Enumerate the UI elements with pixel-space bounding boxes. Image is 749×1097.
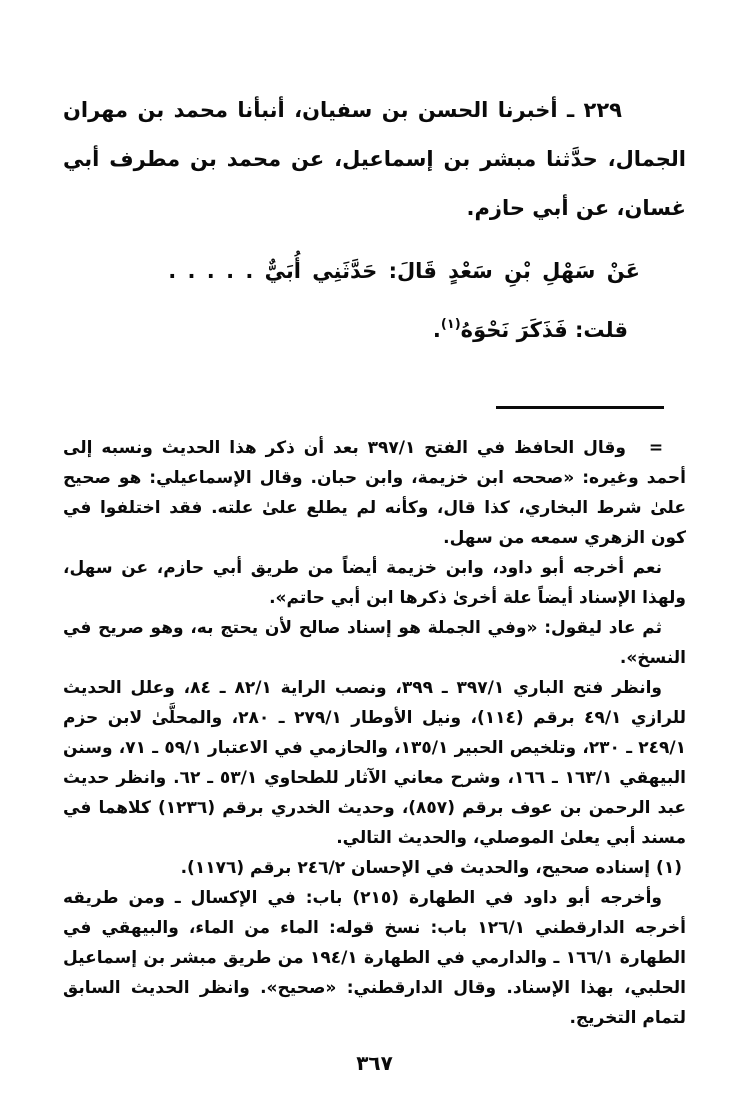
footnote-1-takhrij: وأخرجه أبو داود في الطهارة (٢١٥) باب: في… (63, 883, 686, 1033)
qultu-text: قلت: فَذَكَرَ نَحْوَهُ (461, 318, 628, 342)
book-page: ٢٢٩ ـ أخبرنا الحسن بن سفيان، أنبأنا محمد… (0, 0, 749, 1097)
footnote-separator-rule (496, 406, 664, 409)
hadith-matn-line: عَنْ سَهْلِ بْنِ سَعْدٍ قَالَ: حَدَّثَنِ… (63, 247, 640, 296)
footnote-1: (١) إسناده صحيح، والحديث في الإحسان ٢٤٦/… (63, 853, 686, 883)
footnotes-section: =وقال الحافظ في الفتح ٣٩٧/١ بعد أن ذكر ه… (63, 433, 686, 1033)
footnote-1-marker: (١) (656, 858, 682, 878)
footnote-1-text: إسناده صحيح، والحديث في الإحسان ٢٤٦/٢ بر… (181, 858, 656, 878)
qultu-line: قلت: فَذَكَرَ نَحْوَهُ(١). (63, 306, 628, 358)
page-number: ٣٦٧ (63, 1051, 686, 1075)
main-text: ٢٢٩ ـ أخبرنا الحسن بن سفيان، أنبأنا محمد… (63, 0, 686, 358)
hadith-isnad-paragraph: ٢٢٩ ـ أخبرنا الحسن بن سفيان، أنبأنا محمد… (63, 86, 686, 233)
footnote-paragraph: وانظر فتح الباري ٣٩٧/١ ـ ٣٩٩، ونصب الراي… (63, 673, 686, 853)
footnote-reference-mark: (١) (441, 317, 461, 332)
footnote-continuation-marker: = (626, 433, 686, 463)
footnote-paragraph: نعم أخرجه أبو داود، وابن خزيمة أيضاً من … (63, 553, 686, 613)
qultu-period: . (433, 318, 441, 342)
footnote-paragraph: ثم عاد ليقول: «وفي الجملة هو إسناد صالح … (63, 613, 686, 673)
footnote-continuation-paragraph: =وقال الحافظ في الفتح ٣٩٧/١ بعد أن ذكر ه… (63, 433, 686, 553)
footnote-continuation-text: وقال الحافظ في الفتح ٣٩٧/١ بعد أن ذكر هذ… (63, 438, 686, 548)
page-content: ٢٢٩ ـ أخبرنا الحسن بن سفيان، أنبأنا محمد… (63, 0, 686, 1075)
